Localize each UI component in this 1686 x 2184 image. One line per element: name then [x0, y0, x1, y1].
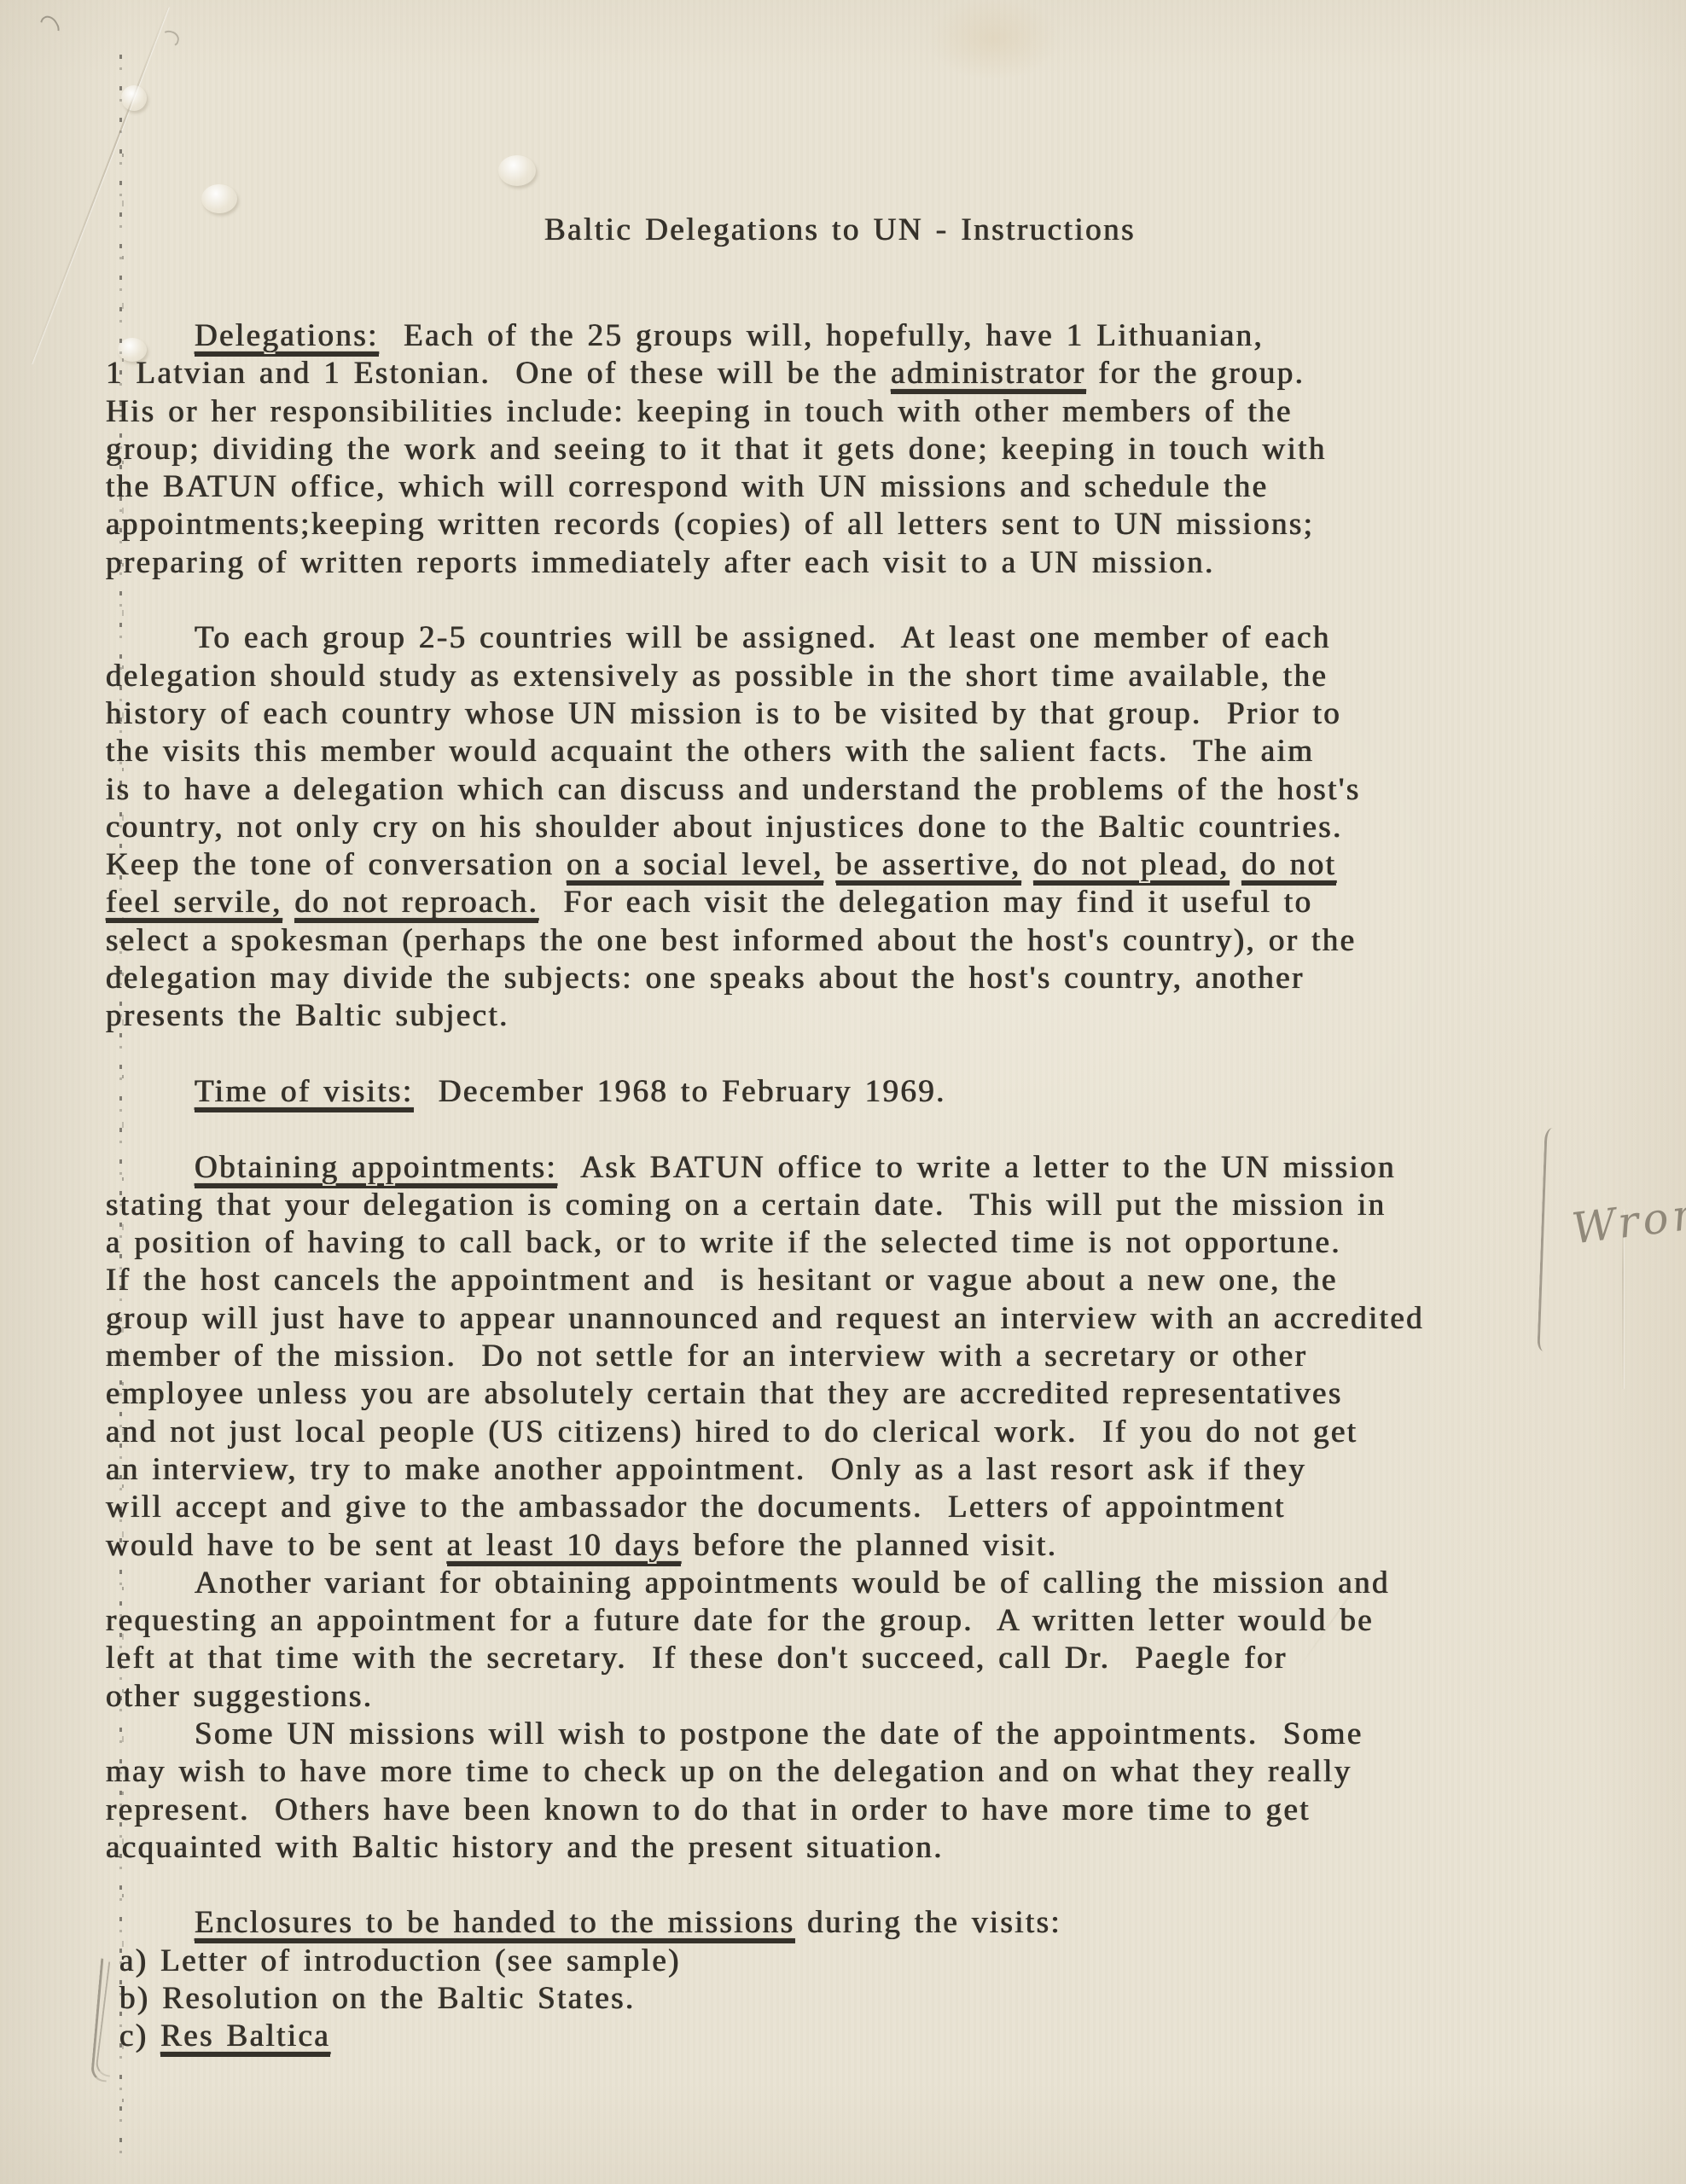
text-line: would have to be sent at least 10 days b…	[106, 1527, 1608, 1565]
text-line: c) Res Baltica	[106, 2018, 1608, 2055]
text-line: a position of having to call back, or to…	[106, 1224, 1608, 1262]
text-segment: the visits this member would acquaint th…	[106, 734, 1314, 769]
text-segment: is to have a delegation which can discus…	[106, 772, 1361, 807]
text-line: group will just have to appear unannounc…	[106, 1300, 1608, 1338]
text-segment: represent. Others have been known to do …	[106, 1792, 1311, 1827]
text-line: 1 Latvian and 1 Estonian. One of these w…	[106, 355, 1608, 392]
text-line: Keep the tone of conversation on a socia…	[106, 846, 1608, 884]
text-segment: and not just local people (US citizens) …	[106, 1414, 1358, 1449]
text-line: Time of visits: December 1968 to Februar…	[106, 1073, 1608, 1111]
text-line: Enclosures to be handed to the missions …	[106, 1904, 1608, 1942]
underlined-text: Res Baltica	[160, 2018, 330, 2057]
paper-dimple	[201, 184, 237, 213]
text-segment: If the host cancels the appointment and …	[106, 1263, 1338, 1298]
paragraph: Obtaining appointments: Ask BATUN office…	[106, 1149, 1608, 1565]
text-segment: delegation may divide the subjects: one …	[106, 961, 1305, 996]
text-line: appointments;keeping written records (co…	[106, 506, 1608, 543]
text-segment: Keep the tone of conversation	[106, 847, 567, 882]
text-line: the visits this member would acquaint th…	[106, 733, 1608, 770]
text-segment: Some UN missions will wish to postpone t…	[195, 1716, 1363, 1751]
text-segment: group will just have to appear unannounc…	[106, 1301, 1424, 1336]
text-line: preparing of written reports immediately…	[106, 544, 1608, 582]
text-line: To each group 2-5 countries will be assi…	[106, 619, 1608, 657]
text-segment: delegation should study as extensively a…	[106, 659, 1328, 694]
text-line: employee unless you are absolutely certa…	[106, 1375, 1608, 1413]
text-segment: for the group.	[1086, 356, 1305, 391]
text-segment: select a spokesman (perhaps the one best…	[106, 923, 1357, 958]
underlined-text: Enclosures to be handed to the missions	[195, 1905, 795, 1943]
underlined-text: do not	[1241, 847, 1336, 886]
text-segment	[1230, 847, 1242, 882]
underlined-text: on a social level,	[567, 847, 823, 886]
paragraph: Delegations: Each of the 25 groups will,…	[106, 317, 1608, 582]
text-line: delegation may divide the subjects: one …	[106, 960, 1608, 997]
text-line: is to have a delegation which can discus…	[106, 771, 1608, 809]
text-line: acquainted with Baltic history and the p…	[106, 1829, 1608, 1867]
paragraph: To each group 2-5 countries will be assi…	[106, 619, 1608, 1035]
text-line: member of the mission. Do not settle for…	[106, 1338, 1608, 1375]
text-segment: left at that time with the secretary. If…	[106, 1641, 1288, 1676]
handwritten-note: Wrong	[1569, 1184, 1686, 1253]
text-line: delegation should study as extensively a…	[106, 658, 1608, 695]
text-line: b) Resolution on the Baltic States.	[106, 1980, 1608, 2018]
underlined-text: administrator	[891, 356, 1086, 394]
text-segment: employee unless you are absolutely certa…	[106, 1376, 1343, 1411]
text-segment: Each of the 25 groups will, hopefully, h…	[379, 318, 1264, 353]
text-segment: the BATUN office, which will correspond …	[106, 469, 1269, 504]
text-segment: 1 Latvian and 1 Estonian. One of these w…	[106, 356, 891, 391]
text-segment: appointments;keeping written records (co…	[106, 507, 1314, 542]
text-line: feel servile, do not reproach. For each …	[106, 884, 1608, 921]
text-segment: would have to be sent	[106, 1528, 447, 1563]
text-line: will accept and give to the ambassador t…	[106, 1489, 1608, 1526]
text-segment: presents the Baltic subject.	[106, 998, 509, 1033]
text-line: represent. Others have been known to do …	[106, 1792, 1608, 1829]
text-line: history of each country whose UN mission…	[106, 695, 1608, 733]
text-line: Another variant for obtaining appointmen…	[106, 1565, 1608, 1602]
text-segment	[823, 847, 836, 882]
text-segment: group; dividing the work and seeing to i…	[106, 432, 1327, 467]
text-line: other suggestions.	[106, 1678, 1608, 1716]
underlined-text: at least 10 days	[447, 1528, 681, 1566]
pencil-mark	[37, 13, 62, 41]
text-line: Some UN missions will wish to postpone t…	[106, 1716, 1608, 1753]
text-segment: To each group 2-5 countries will be assi…	[195, 620, 1331, 655]
underlined-text: feel servile,	[106, 885, 282, 923]
text-line: select a spokesman (perhaps the one best…	[106, 922, 1608, 960]
text-line: If the host cancels the appointment and …	[106, 1262, 1608, 1299]
paragraph: Some UN missions will wish to postpone t…	[106, 1716, 1608, 1867]
paragraph: Time of visits: December 1968 to Februar…	[106, 1073, 1608, 1111]
text-segment: acquainted with Baltic history and the p…	[106, 1830, 944, 1865]
text-line: Obtaining appointments: Ask BATUN office…	[106, 1149, 1608, 1187]
pencil-bracket	[1537, 1128, 1559, 1351]
text-segment: requesting an appointment for a future d…	[106, 1603, 1374, 1638]
underlined-text: do not plead,	[1033, 847, 1229, 886]
paragraph: Another variant for obtaining appointmen…	[106, 1565, 1608, 1716]
pencil-mark	[159, 28, 181, 48]
text-segment: stating that your delegation is coming o…	[106, 1188, 1387, 1223]
text-line: and not just local people (US citizens) …	[106, 1414, 1608, 1451]
document-body: Delegations: Each of the 25 groups will,…	[106, 317, 1608, 2056]
text-segment: Ask BATUN office to write a letter to th…	[557, 1150, 1396, 1185]
document-title: Baltic Delegations to UN - Instructions	[544, 212, 1136, 248]
text-segment	[1021, 847, 1034, 882]
document-page: Baltic Delegations to UN - Instructions …	[0, 0, 1686, 2184]
text-line: Delegations: Each of the 25 groups will,…	[106, 317, 1608, 355]
text-line: country, not only cry on his shoulder ab…	[106, 809, 1608, 846]
text-line: may wish to have more time to check up o…	[106, 1753, 1608, 1791]
text-line: requesting an appointment for a future d…	[106, 1602, 1608, 1640]
text-segment: His or her responsibilities include: kee…	[106, 394, 1293, 429]
underlined-text: be assertive,	[836, 847, 1021, 886]
paragraph: Enclosures to be handed to the missions …	[106, 1904, 1608, 2055]
text-segment	[282, 885, 295, 920]
text-line: His or her responsibilities include: kee…	[106, 393, 1608, 431]
text-line: group; dividing the work and seeing to i…	[106, 431, 1608, 468]
text-segment: other suggestions.	[106, 1679, 373, 1714]
paper-dimple	[498, 155, 536, 186]
paper-dimple	[121, 85, 147, 111]
text-segment: an interview, try to make another appoin…	[106, 1452, 1306, 1487]
text-segment: c)	[119, 2018, 160, 2053]
underlined-text: Delegations:	[195, 318, 379, 357]
paper-crease	[31, 7, 169, 364]
text-line: the BATUN office, which will correspond …	[106, 468, 1608, 506]
text-segment: during the visits:	[795, 1905, 1062, 1940]
text-line: presents the Baltic subject.	[106, 997, 1608, 1035]
text-segment: will accept and give to the ambassador t…	[106, 1490, 1286, 1525]
text-segment: country, not only cry on his shoulder ab…	[106, 810, 1343, 845]
margin-annotation: Wrong	[1541, 1128, 1686, 1384]
text-line: a) Letter of introduction (see sample)	[106, 1943, 1608, 1980]
underlined-text: do not reproach.	[294, 885, 538, 923]
text-segment: b) Resolution on the Baltic States.	[119, 1981, 636, 2016]
text-segment: For each visit the delegation may find i…	[538, 885, 1312, 920]
underlined-text: Obtaining appointments:	[195, 1150, 557, 1188]
text-line: stating that your delegation is coming o…	[106, 1187, 1608, 1224]
text-segment: a position of having to call back, or to…	[106, 1225, 1341, 1260]
text-line: left at that time with the secretary. If…	[106, 1640, 1608, 1677]
text-segment: preparing of written reports immediately…	[106, 545, 1215, 580]
text-segment: December 1968 to February 1969.	[414, 1074, 946, 1109]
text-segment: may wish to have more time to check up o…	[106, 1754, 1352, 1789]
text-line: an interview, try to make another appoin…	[106, 1451, 1608, 1489]
underlined-text: Time of visits:	[195, 1074, 414, 1112]
text-segment: a) Letter of introduction (see sample)	[119, 1943, 681, 1978]
text-segment: Another variant for obtaining appointmen…	[195, 1565, 1390, 1600]
text-segment: before the planned visit.	[681, 1528, 1057, 1563]
text-segment: member of the mission. Do not settle for…	[106, 1339, 1307, 1374]
text-segment: history of each country whose UN mission…	[106, 696, 1341, 731]
